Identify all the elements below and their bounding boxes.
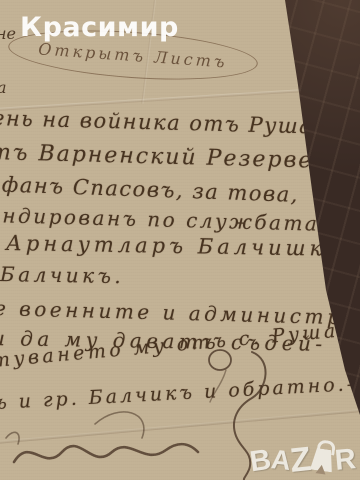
handwriting-line: туването му отъ с. Рушаръ [0, 317, 360, 372]
bazar-logo: B A Z R [250, 428, 358, 474]
logo-letter: R [334, 446, 357, 474]
handwriting-line: ефанъ Спасовъ, за това, [0, 172, 299, 207]
document-paper: Открытъ Листъ не а ень на войника отъ Ру… [0, 0, 360, 480]
bag-notch [316, 464, 327, 474]
handwriting-line: Балчикъ. [0, 262, 125, 288]
handwriting-line: тъ Варненский Резервенъ [0, 140, 347, 174]
handwriting-line: Арнаутларъ Балчишка [6, 231, 343, 261]
shopping-bag-icon [310, 437, 337, 476]
handwriting-line: ень на войника отъ Рушар- [0, 106, 337, 139]
edge-fragment: не [0, 24, 16, 43]
photographer-watermark: Красимир [20, 12, 179, 43]
photo-of-document: Открытъ Листъ не а ень на войника отъ Ру… [0, 0, 360, 480]
stamp-text: Открытъ Листъ [38, 39, 228, 71]
handwriting-line: ъ и гр. Балчикъ и обратно.— [0, 372, 360, 414]
edge-fragment: а [0, 78, 7, 97]
